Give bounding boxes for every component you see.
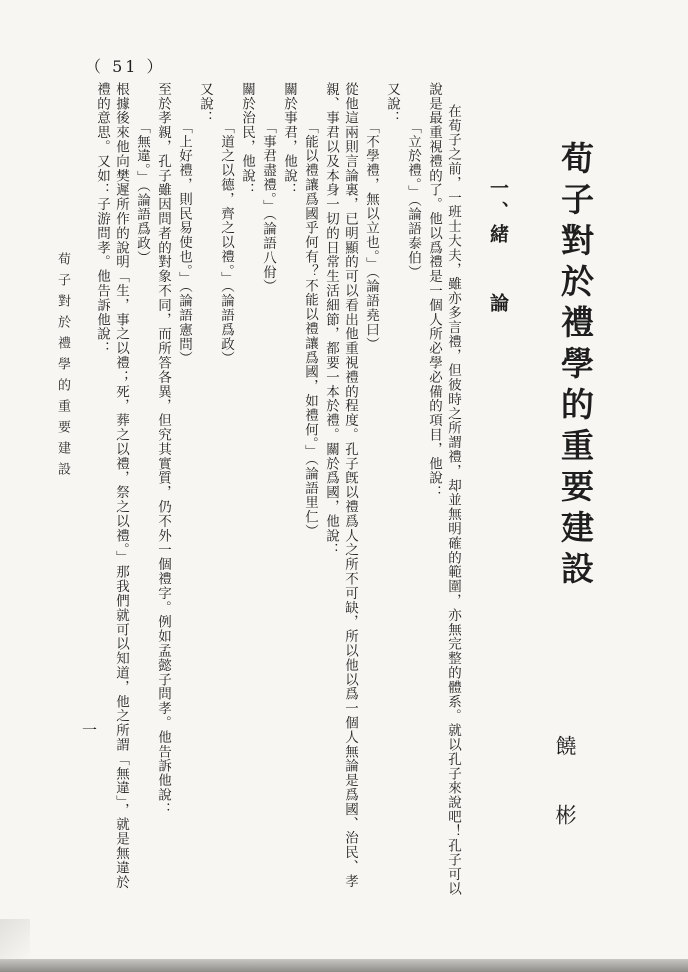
- article-title: 荀子對於禮學的重要建設: [552, 141, 599, 592]
- paragraph: 又說：: [382, 82, 401, 898]
- running-title: 荀子對於禮學的重要建設: [53, 252, 72, 483]
- scan-shadow-artifact: [0, 919, 30, 959]
- scan-edge-artifact: [0, 959, 688, 972]
- quote-line: 「能以禮讓爲國乎何有？不能以禮讓爲國，如禮何。」（論語里仁）: [300, 82, 319, 898]
- quote-line: 「不學禮，無以立也。」（論語堯曰）: [361, 82, 380, 898]
- quote-line: 「立於禮。」（論語泰伯）: [403, 82, 422, 898]
- paragraph: 關於治民，他說：: [237, 82, 256, 898]
- folio-page-number: 一: [82, 719, 97, 740]
- page-number-top: （ 51 ）: [85, 54, 166, 77]
- paragraph: 從他這兩則言論裏，已明顯的可以看出他重視禮的程度。孔子旣以禮爲人之所不可缺，所以…: [321, 82, 359, 898]
- section-heading: 一、緒 論: [485, 178, 512, 316]
- author-name: 饒 彬: [550, 735, 580, 827]
- paragraph: 在荀子之前，一班士大夫，雖亦多言禮，但彼時之所謂禮，却並無明確的範圍，亦無完整的…: [424, 82, 462, 898]
- quote-line: 「無違。」（論語爲政）: [132, 82, 151, 898]
- paragraph: 關於事君，他說：: [279, 82, 298, 898]
- body-text-block: 在荀子之前，一班士大夫，雖亦多言禮，但彼時之所謂禮，却並無明確的範圍，亦無完整的…: [82, 82, 462, 898]
- quote-line: 「事君盡禮。」（論語八佾）: [258, 82, 277, 898]
- paragraph: 又說：: [195, 82, 214, 898]
- paragraph: 根據後來他向樊遲所作的說明「生，事之以禮；死，葬之以禮，祭之以禮。」那我們就可以…: [92, 82, 130, 898]
- paragraph: 至於孝親，孔子雖因問者的對象不同，而所答各異，但究其實質，仍不外一個禮字。例如孟…: [153, 82, 172, 898]
- quote-line: 「上好禮，則民易使也。」（論語憲問）: [174, 82, 193, 898]
- scanned-document-page: （ 51 ） 荀子對於禮學的重要建設 饒 彬 一、緒 論 在荀子之前，一班士大夫…: [0, 0, 688, 972]
- quote-line: 「道之以德，齊之以禮。」（論語爲政）: [216, 82, 235, 898]
